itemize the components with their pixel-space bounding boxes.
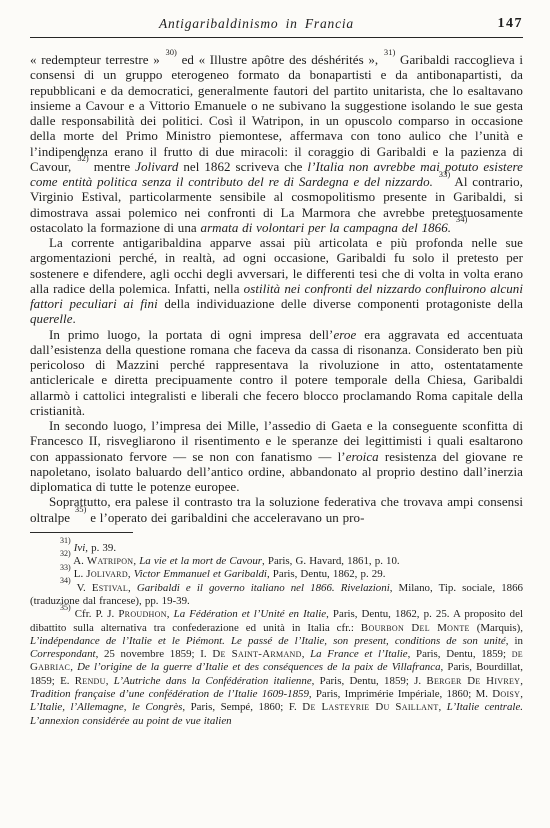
footnote: 33) L. Jolivard, Victor Emmanuel et Gari… [30,568,523,581]
italic-text: La Fédération et l’Unité en Italie [174,608,326,620]
header-title: Antigaribaldinismo in Francia [30,16,523,32]
footnotes: 31) Ivi, p. 39.32) A. Watripon, La vie e… [30,542,523,728]
italic-text: Jolivard [135,159,178,174]
paragraph: Soprattutto, era palese il contrasto tra… [30,494,523,525]
text-run: , [439,701,447,713]
text-run: , 25 novembre 1859; I. [96,648,213,660]
italic-text: Garibaldi e il governo italiano nel 1866… [137,582,390,594]
text-run: L. [74,568,87,580]
paragraph: In secondo luogo, l’impresa dei Mille, l… [30,418,523,494]
italic-text: querelle [30,311,73,326]
text-run: , [167,608,174,620]
italic-text: armata di volontari per la campagna del … [201,220,452,235]
footnote-reference: 30) [164,47,176,57]
text-run: (Marquis), [470,622,523,634]
italic-text: Ivi [74,542,86,554]
smallcaps-author-name: Estival [92,582,128,594]
text-run: , [520,688,523,700]
italic-text: eroe [333,327,356,342]
footnote: 35) Cfr. P. J. Proudhon, La Fédération e… [30,608,523,728]
text-run: Garibaldi raccoglieva i consensi di un g… [30,52,523,174]
text-run: In primo luogo, la portata di ogni impre… [49,327,333,342]
smallcaps-author-name: Rendu [75,675,106,687]
book-page: Antigaribaldinismo in Francia 147 « rede… [0,0,550,828]
footnote-reference: 32) [76,153,88,163]
text-run: mentre [89,159,135,174]
footnote-number: 35) [60,603,71,612]
italic-text: Tradition française d’une confédération … [30,688,309,700]
paragraph: « redempteur terrestre » 30) ed « Illust… [30,52,523,235]
footnote-reference: 34) [455,214,467,224]
text-run: , in [506,635,523,647]
smallcaps-author-name: De Lasteyrie Du Saillant [302,701,438,713]
text-run: , Paris, Dentu, 1859; J. [312,675,427,687]
italic-text: Victor Emmanuel et Garibaldi [134,568,267,580]
italic-text: De l’origine de la guerre d’Italie et de… [77,661,440,673]
italic-text: L’indépendance de l’Italie et le Piémont… [30,635,506,647]
italic-text: La vie et la mort de Cavour [139,555,262,567]
italic-text: eroica [346,449,379,464]
text-run: , Paris, Dentu, 1859; [408,648,512,660]
smallcaps-author-name: Proudhon [118,608,166,620]
text-run: , [106,675,114,687]
footnote-number: 33) [60,563,71,572]
italic-text: L’Autriche dans la Confédération italien… [114,675,312,687]
footnote: 34) V. Estival, Garibaldi e il governo i… [30,582,523,609]
footnote-reference: 31) [383,47,395,57]
text-run: V. [77,582,92,594]
smallcaps-author-name: Bourbon Del Monte [361,622,470,634]
text-run: , Paris, Dentu, 1862, p. 29. [267,568,385,580]
text-run: , Paris, Imprimérie Impériale, 1860; M. [309,688,492,700]
text-run: , Paris, G. Havard, 1861, p. 10. [262,555,400,567]
text-run: ed « Illustre apôtre des déshérités », [177,52,383,67]
footnote-number: 31) [60,536,71,545]
paragraph: In primo luogo, la portata di ogni impre… [30,327,523,419]
running-header: Antigaribaldinismo in Francia 147 [30,16,523,37]
footnote-number: 32) [60,549,71,558]
italic-text: Correspondant [30,648,96,660]
footnote: 31) Ivi, p. 39. [30,542,523,555]
smallcaps-author-name: Watripon [87,555,133,567]
smallcaps-author-name: Doisy [492,688,520,700]
text-run: e l’operato dei garibaldini che accelera… [86,510,364,525]
text-run: nel 1862 scriveva che [178,159,307,174]
smallcaps-author-name: Berger De Hivrey [426,675,520,687]
footnote-reference: 35) [74,504,86,514]
header-rule [30,37,523,38]
smallcaps-author-name: Jolivard [86,568,128,580]
footnote-separator [30,532,133,533]
text-run: , Paris, Sempé, 1860; F. [182,701,302,713]
text-run: , [520,675,523,687]
footnote-number: 34) [60,576,71,585]
italic-text: L’Italie, l’Allemagne, le Congrès [30,701,182,713]
text-run: Cfr. P. J. [75,608,119,620]
footnote: 32) A. Watripon, La vie et la mort de Ca… [30,555,523,568]
text-run: , [128,582,137,594]
text-run: « redempteur terrestre » [30,52,164,67]
text-run: della individuazione delle diverse compo… [158,296,523,311]
text-run: , [302,648,310,660]
text-run: A. [73,555,87,567]
page-number: 147 [498,16,524,32]
body-text: « redempteur terrestre » 30) ed « Illust… [30,52,523,525]
text-run: , p. 39. [85,542,116,554]
smallcaps-author-name: De Saint-Armand [212,648,301,660]
paragraph: La corrente antigaribaldina apparve assa… [30,235,523,327]
footnote-reference: 33) [438,169,450,179]
text-run: . [73,311,76,326]
italic-text: La France et l’Italie [310,648,408,660]
